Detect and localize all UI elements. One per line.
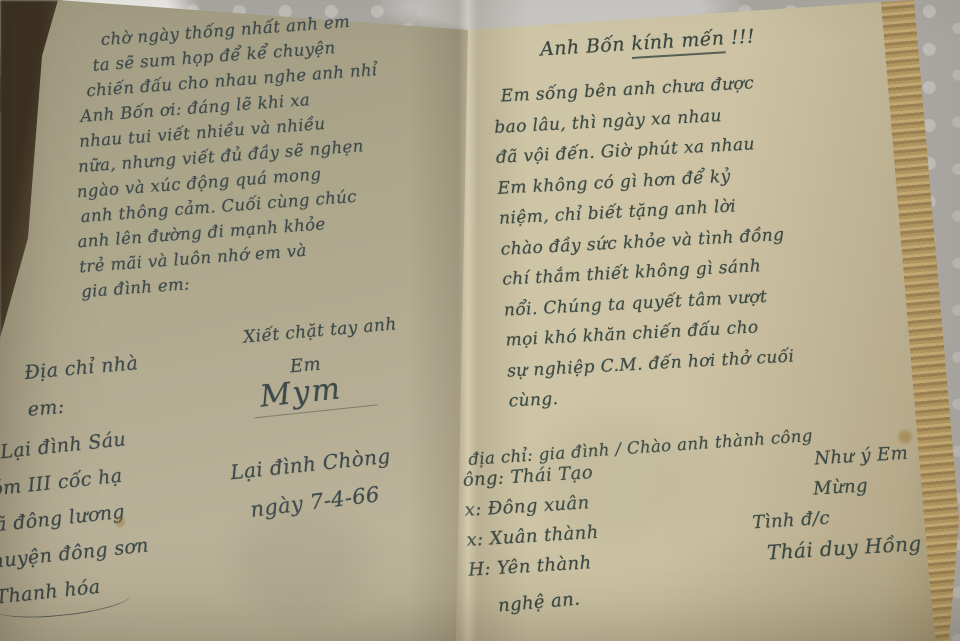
left-page-body: chờ ngày thống nhất anh emta sẽ sum họp … <box>62 1 481 305</box>
notebook-photo: chờ ngày thống nhất anh emta sẽ sum họp … <box>0 0 960 641</box>
right-page-body: Em sống bên anh chưa đượcbao lâu, thì ng… <box>492 61 919 417</box>
address-row-right: Mừng <box>812 471 868 504</box>
left-page-address: Lại đình Sáuxóm III cốc hạxã đông lươngh… <box>0 420 155 623</box>
address-row-right: Như ý Em <box>813 439 909 475</box>
title-exclamation: !!! <box>724 25 756 49</box>
left-page-address-label: Địa chỉ nhàem: <box>23 345 143 429</box>
address-row-right: Tình đ/c <box>752 504 831 539</box>
